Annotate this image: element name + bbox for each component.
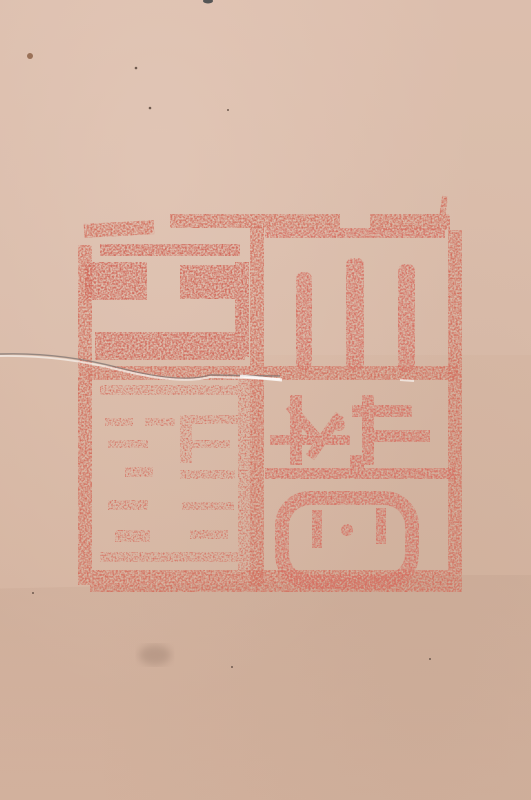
- seal-character-top-left: [85, 244, 249, 360]
- seal-character-top-right: [265, 228, 445, 372]
- paper-stain: [139, 645, 171, 665]
- seal-character-bottom-left: [100, 380, 250, 570]
- photo-frame: Red seal impression on aged paper zhuwen…: [0, 0, 531, 800]
- seal-character-bottom-right: [265, 395, 455, 582]
- seal-impression: [0, 0, 531, 800]
